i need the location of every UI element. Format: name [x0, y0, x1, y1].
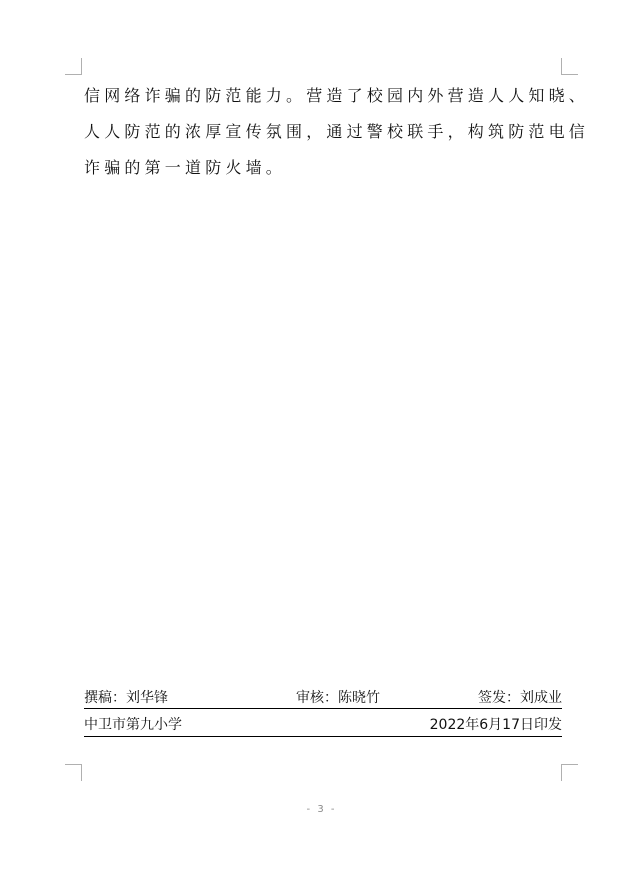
- organization-name: 中卫市第九小学: [84, 714, 182, 734]
- issue-date: 2022年6月17日印发: [430, 714, 562, 734]
- signature-row: 撰稿：刘华锋 审核：陈晓竹 签发：刘成业: [84, 686, 562, 709]
- body-line: 信网络诈骗的防范能力。营造了校园内外营造人人知晓、: [84, 78, 564, 114]
- reviewer-label: 审核：陈晓竹: [296, 687, 380, 707]
- body-paragraph: 信网络诈骗的防范能力。营造了校园内外营造人人知晓、 人人防范的浓厚宣传氛围，通过…: [84, 78, 564, 186]
- margin-mark-bottom-left: [65, 764, 82, 781]
- margin-mark-top-left: [65, 58, 82, 75]
- drafter-label: 撰稿：刘华锋: [84, 687, 168, 707]
- issuer-label: 签发：刘成业: [478, 687, 562, 707]
- page-number: - 3 -: [0, 804, 643, 815]
- issue-row: 中卫市第九小学 2022年6月17日印发: [84, 712, 562, 737]
- margin-mark-top-right: [561, 58, 578, 75]
- body-line: 诈骗的第一道防火墙。: [84, 150, 564, 186]
- margin-mark-bottom-right: [561, 764, 578, 781]
- body-line: 人人防范的浓厚宣传氛围，通过警校联手，构筑防范电信: [84, 114, 564, 150]
